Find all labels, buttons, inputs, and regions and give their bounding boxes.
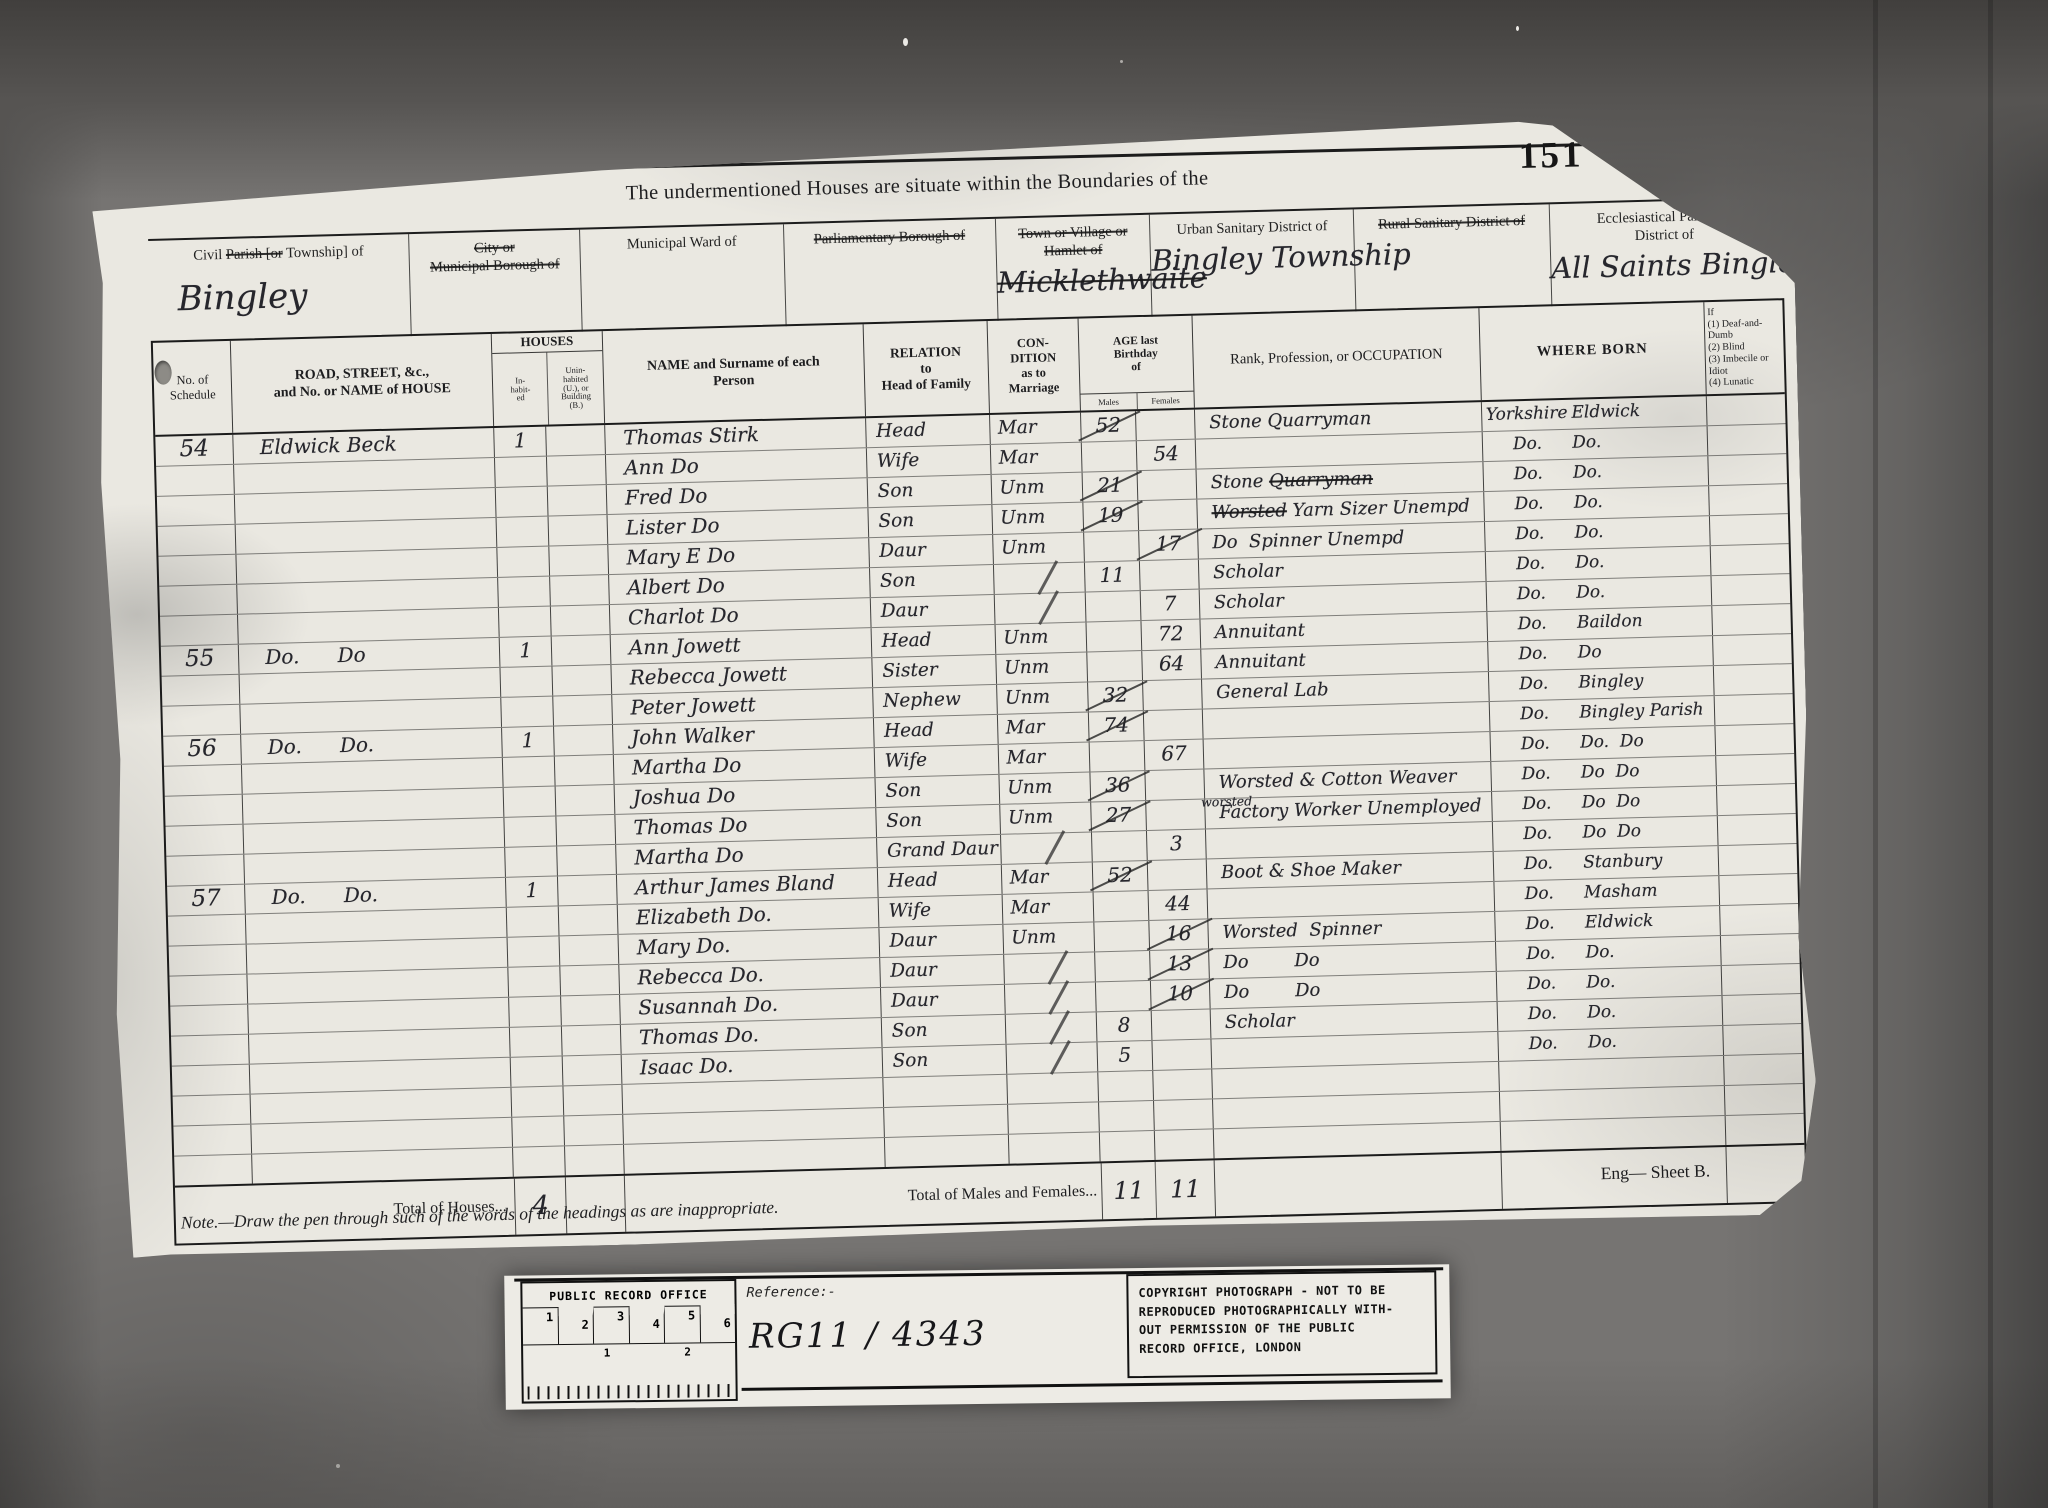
sheet-label: Eng— Sheet B. [1600,1160,1710,1184]
cell-infirmity [1718,844,1797,875]
cell-age-male [1086,621,1142,651]
cell-age-female: 3 [1147,829,1206,860]
header-schedule: No. of Schedule [153,341,234,435]
cell-relation [883,1075,1008,1107]
cell-relation: Daur [879,925,1004,957]
cell-relation: Son [870,565,995,597]
district-handwritten-value: All Saints Bingley [1551,246,1780,286]
cell-inhabited [508,936,561,966]
cell-age-female [1148,859,1207,890]
cell-uninhabited [547,455,606,486]
born-place [1590,1116,1725,1149]
cm-segment: 5 [665,1306,701,1342]
cell-inhabited [501,697,554,727]
cell-age-male [1086,591,1142,621]
cell-age-female [1152,1009,1211,1040]
born-county: Do. [1483,460,1573,491]
cm-segment: 4 [629,1305,665,1343]
district-cell: Parliamentary Borough of [784,219,998,327]
cell-inhabited: 1 [506,876,559,906]
header-inhabited: In- habit- ed [492,352,549,425]
district-label: Civil Parish [or Township] of [148,241,408,266]
born-place: Do. [1585,936,1720,969]
dust-speck [1120,60,1123,63]
born-place: Bingley Parish [1579,696,1714,729]
cell-where-born: Do. Bingley Parish [1489,696,1715,731]
born-place: Do. [1586,966,1721,999]
district-handwritten-value: Micklethwaite [997,262,1152,300]
cell-inhabited [499,607,552,637]
district-cell: Ecclesiastical Parish or District of All… [1549,198,1780,306]
cell-inhabited [508,966,561,996]
cell-infirmity [1710,544,1789,575]
cell-where-born: Do. Masham [1494,876,1720,911]
cell-relation: Daur [880,955,1005,987]
header-age: AGE last Birthday of [1078,316,1193,395]
born-place: Bingley [1578,666,1713,699]
cell-condition [993,563,1085,594]
cell-where-born: Do. Do Do [1492,786,1718,821]
cell-uninhabited [551,605,610,636]
cell-relation: Wife [878,895,1003,927]
cell-inhabited [512,1116,565,1146]
born-place: Do. Do [1580,726,1715,759]
cell-age-female [1144,710,1203,741]
cell-age-male: 8 [1096,1011,1152,1041]
cell-inhabited: 1 [500,637,553,667]
cell-infirmity [1716,754,1795,785]
cell-condition [1004,982,1096,1013]
born-county: Do. [1492,790,1582,821]
cell-age-female: 64 [1142,650,1201,681]
cell-inhabited [498,577,551,607]
cell-inhabited [505,846,558,876]
header-relation: RELATION to Head of Family [863,321,989,416]
born-county: Do. [1491,760,1581,791]
cell-relation: Sister [872,655,997,687]
cell-inhabited [497,547,550,577]
inch-ruler: 1 2 [523,1343,736,1402]
cell-condition: Mar [990,413,1082,444]
district-handwritten-value: Bingley [149,273,410,320]
cell-inhabited [496,487,549,517]
cell-condition: Mar [998,743,1090,774]
born-county: Yorkshire [1482,400,1572,431]
born-county: Do. [1496,940,1586,971]
born-place [1588,1056,1723,1089]
district-handwritten-value [784,248,995,254]
born-place: Do Do [1582,816,1717,849]
cell-relation: Daur [869,535,994,567]
cell-condition: Unm [992,503,1084,534]
born-place: Do. [1574,516,1709,549]
cell-schedule: 56 [163,735,242,766]
cm-ruler: 123456 [523,1306,735,1346]
cell-condition: Unm [993,533,1085,564]
cell-condition [1008,1102,1100,1133]
cell-uninhabited [546,425,605,456]
born-county: Do. [1482,430,1572,461]
cell-infirmity [1725,1114,1804,1145]
background-fold-line [1873,0,1878,1508]
cell-inhabited [511,1056,564,1086]
cell-schedule [162,675,241,706]
cell-schedule [170,1005,249,1036]
cell-uninhabited [557,845,616,876]
cell-inhabited [512,1086,565,1116]
cell-age-female: 7 [1141,590,1200,621]
cell-infirmity [1720,904,1799,935]
cell-uninhabited [550,575,609,606]
total-mf-label: Total of Males and Females... [625,1163,1102,1231]
cell-age-female: 72 [1142,620,1201,651]
cell-condition: Unm [996,653,1088,684]
cell-age-female: 44 [1149,889,1208,920]
form-title: The undermentioned Houses are situate wi… [522,164,1312,208]
cell-relation: Head [878,865,1003,897]
cell-where-born: Do. Do. [1498,1026,1724,1061]
cell-age-male: 52 [1093,861,1149,891]
cell-where-born: Do. Bingley [1489,666,1715,701]
cell-where-born: Do. Do. [1483,456,1709,491]
cell-age-male [1084,531,1140,561]
cell-condition: Mar [997,713,1089,744]
cell-schedule [162,705,241,736]
totals-spacer [1214,1153,1502,1216]
cell-uninhabited [554,725,613,756]
cell-uninhabited [563,1055,622,1086]
born-place: Baildon [1577,606,1712,639]
cell-relation: Head [874,715,999,747]
cell-schedule [171,1035,250,1066]
district-cell: Town or Village or Hamlet of Micklethwai… [995,215,1152,321]
cell-schedule [164,765,243,796]
totals-spacer [1726,1145,1806,1203]
dust-speck [1516,26,1519,31]
cell-infirmity [1713,634,1792,665]
inch-number: 1 [604,1346,611,1359]
cell-uninhabited [564,1085,623,1116]
cell-infirmity [1719,874,1798,905]
cell-inhabited [513,1146,566,1176]
cell-age-female: 13 [1150,949,1209,980]
cell-infirmity [1706,394,1785,425]
cell-relation: Nephew [873,685,998,717]
cell-infirmity [1709,484,1788,515]
cell-condition [1007,1072,1099,1103]
photographed-census-page: { "page": { "title": "The undermentioned… [0,0,2048,1508]
cell-relation: Son [868,505,993,537]
cell-schedule [165,795,244,826]
district-cell: Municipal Ward of [580,224,786,331]
cell-age-female [1139,500,1198,531]
ruler-ticks [528,1384,732,1399]
district-cell: Rural Sanitary District of [1354,204,1552,311]
cell-infirmity [1725,1084,1804,1115]
cell-schedule [166,825,245,856]
cell-infirmity [1710,514,1789,545]
cell-where-born [1499,1056,1725,1091]
cm-segment: 2 [558,1306,594,1344]
cell-infirmity [1711,574,1790,605]
cell-schedule: 57 [167,885,246,916]
born-place: Do Do [1581,756,1716,789]
district-cell: City or Municipal Borough of [409,230,583,336]
cell-inhabited [497,517,550,547]
cell-where-born: Do. Do Do [1491,756,1717,791]
cell-schedule [166,855,245,886]
cell-where-born: Do. Do [1488,636,1714,671]
header-females: Females [1137,392,1193,409]
cell-age-male: 11 [1085,561,1141,591]
born-place: Do. [1587,996,1722,1029]
total-females-value: 11 [1156,1160,1216,1218]
born-place: Do. [1572,426,1707,459]
cell-age-male [1099,1101,1155,1131]
cell-relation: Head [871,625,996,657]
cell-age-female: 17 [1139,530,1198,561]
cell-age-male: 19 [1083,501,1139,531]
cell-schedule [158,555,237,586]
born-county [1500,1090,1590,1121]
cell-age-male [1098,1071,1154,1101]
born-county: Do. [1486,580,1576,611]
district-handwritten-value [581,253,784,258]
cell-relation: Son [875,775,1000,807]
cell-schedule [173,1095,252,1126]
cell-age-male [1092,831,1148,861]
cell-condition: Mar [1001,862,1093,893]
cell-condition [1006,1042,1098,1073]
cell-inhabited [510,1026,563,1056]
district-label: Rural Sanitary District of [1354,211,1549,234]
born-place [1589,1086,1724,1119]
cell-relation: Daur [870,595,995,627]
cell-condition: Unm [991,473,1083,504]
born-place: Do. [1573,486,1708,519]
cell-where-born: Do. Do. [1497,966,1723,1001]
cell-age-male [1094,921,1150,951]
cell-infirmity [1717,814,1796,845]
cell-condition: Unm [999,772,1091,803]
cell-where-born: Do. Do. [1484,486,1710,521]
cell-where-born: Do. Do. [1486,576,1712,611]
born-county: Do. [1497,970,1587,1001]
cell-uninhabited [552,635,611,666]
cell-inhabited [501,667,554,697]
cell-uninhabited [561,995,620,1026]
cell-relation [885,1135,1010,1167]
cell-schedule [169,975,248,1006]
cell-relation: Son [882,1045,1007,1077]
cell-where-born: Do. Baildon [1487,606,1713,641]
cell-inhabited [504,816,557,846]
cell-schedule [172,1065,251,1096]
cell-uninhabited [555,755,614,786]
cell-age-male: 27 [1091,801,1147,831]
born-county: Do. [1493,820,1583,851]
cell-uninhabited [559,905,618,936]
header-houses-group: HOUSES In- habit- ed Unin- habited (U.),… [492,331,605,426]
cell-age-male: 74 [1089,711,1145,741]
public-record-office-card: PUBLIC RECORD OFFICE 123456 1 2 Referenc… [504,1264,1451,1410]
born-county: Do. [1485,520,1575,551]
district-label: City or Municipal Borough of [409,237,580,278]
cell-where-born [1500,1116,1726,1151]
cm-segment: 6 [700,1304,735,1342]
header-name: NAME and Surname of each Person [603,324,866,423]
cell-age-female [1138,470,1197,501]
cell-schedule: 54 [155,435,234,466]
cell-age-male: 36 [1090,771,1146,801]
cell-infirmity [1714,694,1793,725]
cell-inhabited [495,457,548,487]
cell-age-male [1096,981,1152,1011]
cell-age-female: 54 [1137,440,1196,471]
cell-age-female: 16 [1150,919,1209,950]
cell-condition [1004,952,1096,983]
header-where-born: WHERE BORN [1479,302,1706,400]
cell-uninhabited [550,545,609,576]
cm-segment: 3 [594,1307,630,1343]
cell-infirmity [1714,664,1793,695]
born-place: Eldwick [1571,396,1706,429]
born-county: Do. [1490,730,1580,761]
header-uninhabited: Unin- habited (U.), or Building (B.) [548,351,604,424]
cell-age-female [1136,410,1195,441]
header-infirmity: If (1) Deaf-and-Dumb (2) Blind (3) Imbec… [1704,300,1785,394]
header-occupation: Rank, Profession, or OCCUPATION [1192,308,1481,407]
cell-age-male: 52 [1081,411,1137,441]
cell-schedule [157,495,236,526]
cell-condition [1005,1012,1097,1043]
district-handwritten-value: Bingley Township [1151,239,1355,278]
copyright-box: COPYRIGHT PHOTOGRAPH - NOT TO BEREPRODUC… [1126,1270,1437,1378]
header-males: Males [1080,393,1137,410]
inch-number: 2 [684,1346,691,1359]
cell-age-female [1153,1039,1212,1070]
cell-condition: Mar [990,443,1082,474]
cell-uninhabited [562,1025,621,1056]
born-place: Do Do [1581,786,1716,819]
born-county: Do. [1487,610,1577,641]
cell-infirmity [1717,784,1796,815]
cell-schedule [173,1125,252,1156]
cell-relation: Wife [874,745,999,777]
cell-infirmity [1715,724,1794,755]
cell-condition: Unm [1000,802,1092,833]
cell-uninhabited [560,965,619,996]
header-road: ROAD, STREET, &c., and No. or NAME of HO… [231,334,494,433]
page-label: [Page 11 [1626,142,1700,169]
cell-where-born: Do. Do. [1496,936,1722,971]
census-table: No. of Schedule ROAD, STREET, &c., and N… [151,298,1808,1245]
cell-uninhabited [549,515,608,546]
cell-where-born: Do. Do. Do [1490,726,1716,761]
cell-relation: Grand Daur [877,835,1002,867]
cell-infirmity [1707,424,1786,455]
cell-relation: Son [881,1015,1006,1047]
cell-inhabited: 1 [494,427,547,457]
born-county: Do. [1497,1000,1587,1031]
district-handwritten-value [410,277,580,281]
dust-speck [336,1464,340,1468]
cell-infirmity [1721,964,1800,995]
cell-schedule [156,465,235,496]
district-label: Municipal Ward of [580,231,783,254]
folio-number: 151 [1518,133,1584,178]
cell-schedule: 55 [161,645,240,676]
cell-condition: Unm [995,623,1087,654]
cell-uninhabited [560,935,619,966]
cell-schedule [160,615,239,646]
cell-inhabited [507,906,560,936]
reference-value: RG11 / 4343 [749,1314,987,1357]
district-cell: Civil Parish [or Township] of Bingley [148,234,411,343]
born-county: Do. [1494,880,1584,911]
cell-relation: Son [867,475,992,507]
district-label: Ecclesiastical Parish or District of [1550,205,1779,247]
total-males-value: 11 [1100,1162,1157,1219]
cell-uninhabited [557,815,616,846]
born-place: Do. [1575,546,1710,579]
cell-schedule [174,1155,253,1186]
cell-relation: Daur [881,985,1006,1017]
born-county: Do. [1493,850,1583,881]
cell-age-male [1100,1131,1156,1161]
district-handwritten-value [1355,233,1550,238]
cell-inhabited [504,786,557,816]
cell-age-female [1154,1099,1213,1130]
cell-age-female [1140,560,1199,591]
born-county: Do. [1489,670,1579,701]
cell-condition: Unm [1003,922,1095,953]
cell-inhabited [503,756,556,786]
district-cell: Urban Sanitary District of Bingley Towns… [1150,209,1356,316]
dust-speck [903,38,908,46]
cell-where-born: Do. Stanbury [1493,846,1719,881]
born-county: Do. [1486,550,1576,581]
cell-schedule [158,525,237,556]
cell-age-male [1082,441,1138,471]
cell-age-male [1093,891,1149,921]
pro-ruler-box: PUBLIC RECORD OFFICE 123456 1 2 [520,1279,737,1404]
district-label: Parliamentary Borough of [784,226,995,250]
born-county: Do. [1488,640,1578,671]
cell-condition: Mar [1002,892,1094,923]
cell-relation [884,1105,1009,1137]
cell-uninhabited [553,695,612,726]
cell-age-female: 67 [1145,740,1204,771]
header-condition: CON- DITION as to Marriage [987,319,1081,413]
census-rows: 54 Eldwick Beck 1 Thomas Stirk Head Mar … [155,394,1804,1185]
cell-age-male [1095,951,1151,981]
cell-age-male: 32 [1088,681,1144,711]
cell-where-born: Yorkshire Eldwick [1482,396,1708,431]
cell-age-female [1146,770,1205,801]
cell-age-male [1089,741,1145,771]
cell-age-female: 10 [1151,979,1210,1010]
cell-relation: Head [866,415,991,447]
cell-uninhabited [564,1115,623,1146]
cell-uninhabited [548,485,607,516]
cm-segment: 1 [523,1308,559,1344]
born-county: Do. [1489,700,1579,731]
born-place: Stanbury [1583,846,1718,879]
cell-where-born: Do. Do. [1486,546,1712,581]
born-place: Do. [1576,576,1711,609]
copyright-line: REPRODUCED PHOTOGRAPHICALLY WITH- [1139,1299,1435,1321]
